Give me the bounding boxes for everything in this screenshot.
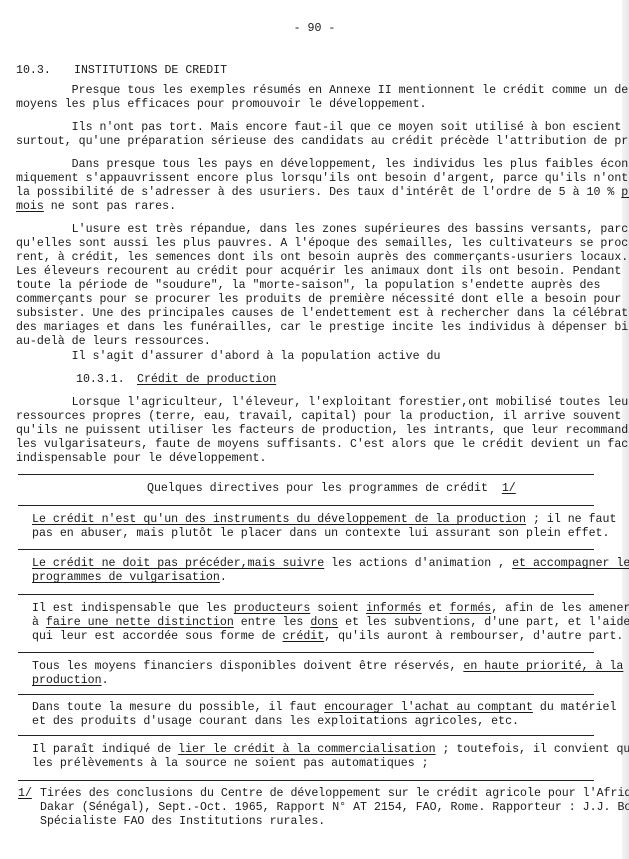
divider [18, 694, 594, 695]
divider [18, 652, 594, 653]
box-title: Quelques directives pour les programmes … [147, 482, 488, 495]
divider [18, 474, 594, 475]
section-number: 10.3. [16, 64, 51, 77]
divider [18, 780, 594, 781]
divider [18, 735, 594, 736]
section-title: INSTITUTIONS DE CREDIT [74, 64, 227, 77]
document-page: - 90 - 10.3. INSTITUTIONS DE CREDIT Pres… [0, 0, 629, 859]
divider [18, 549, 594, 550]
divider [18, 505, 594, 506]
underlined-text: par [621, 186, 629, 199]
footnote-ref: 1/ [502, 482, 516, 495]
page-number: - 90 - [0, 22, 629, 35]
underlined-text: mois [16, 200, 44, 213]
divider [18, 594, 594, 595]
subsection-number: 10.3.1. [76, 373, 125, 386]
subsection-title: Crédit de production [137, 373, 276, 386]
paragraph-5: Il s'agit d'assurer d'abord à la populat… [16, 350, 440, 363]
footnote-marker: 1/ [18, 787, 32, 800]
